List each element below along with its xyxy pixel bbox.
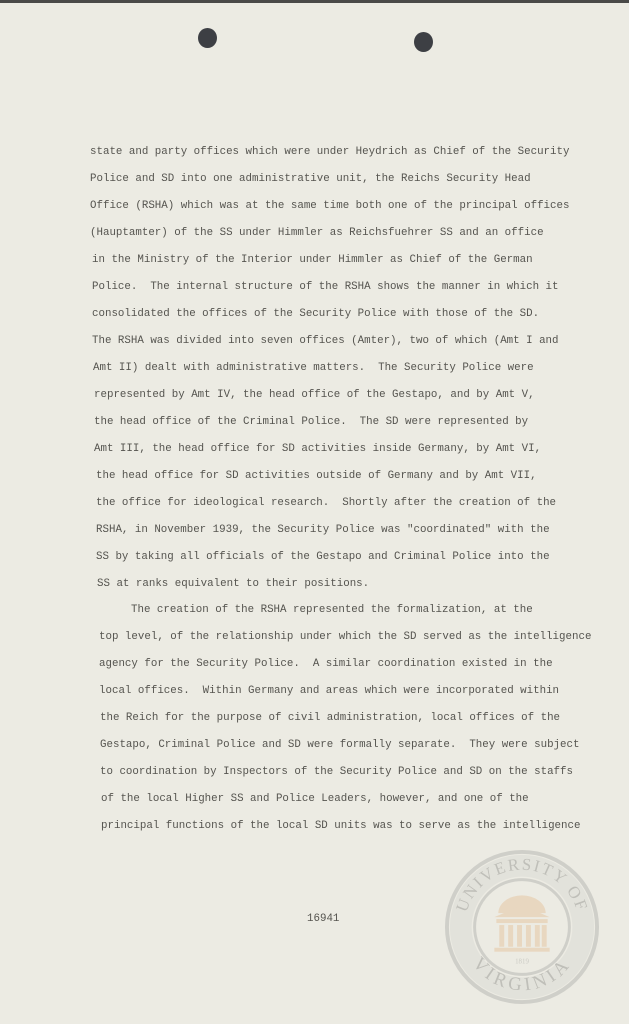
text-line: Office (RSHA) which was at the same time…	[90, 199, 569, 213]
text-line: the office for ideological research. Sho…	[96, 496, 556, 510]
text-line: Police and SD into one administrative un…	[90, 172, 531, 186]
text-line: the head office for SD activities outsid…	[96, 469, 537, 483]
punch-hole-left	[198, 28, 217, 48]
text-line: The RSHA was divided into seven offices …	[92, 334, 559, 348]
text-line: Amt II) dealt with administrative matter…	[93, 361, 534, 375]
text-line: (Hauptamter) of the SS under Himmler as …	[90, 226, 544, 240]
text-line: consolidated the offices of the Security…	[92, 307, 539, 321]
text-line: SS by taking all officials of the Gestap…	[96, 550, 550, 564]
punch-hole-right	[414, 32, 433, 52]
text-line: of the local Higher SS and Police Leader…	[101, 792, 529, 806]
text-line: state and party offices which were under…	[90, 145, 569, 159]
text-line: agency for the Security Police. A simila…	[99, 657, 553, 671]
text-line: top level, of the relationship under whi…	[99, 630, 591, 644]
text-line: SS at ranks equivalent to their position…	[97, 577, 369, 591]
university-of-virginia-seal-icon: UNIVERSITY OF VIRGINIA 1819	[443, 848, 601, 1006]
text-line: local offices. Within Germany and areas …	[99, 684, 559, 698]
page-number: 16941	[307, 913, 339, 925]
text-line: the head office of the Criminal Police. …	[94, 415, 528, 429]
text-line: the Reich for the purpose of civil admin…	[100, 711, 560, 725]
text-line: in the Ministry of the Interior under Hi…	[92, 253, 533, 267]
text-line: Police. The internal structure of the RS…	[92, 280, 559, 294]
document-page: state and party offices which were under…	[0, 3, 629, 1024]
text-line: represented by Amt IV, the head office o…	[94, 388, 535, 402]
text-line: RSHA, in November 1939, the Security Pol…	[96, 523, 550, 537]
seal-year: 1819	[515, 959, 529, 966]
text-line: principal functions of the local SD unit…	[101, 819, 580, 833]
text-line: The creation of the RSHA represented the…	[131, 603, 533, 617]
text-line: Gestapo, Criminal Police and SD were for…	[100, 738, 579, 752]
text-line: Amt III, the head office for SD activiti…	[94, 442, 541, 456]
text-line: to coordination by Inspectors of the Sec…	[100, 765, 573, 779]
